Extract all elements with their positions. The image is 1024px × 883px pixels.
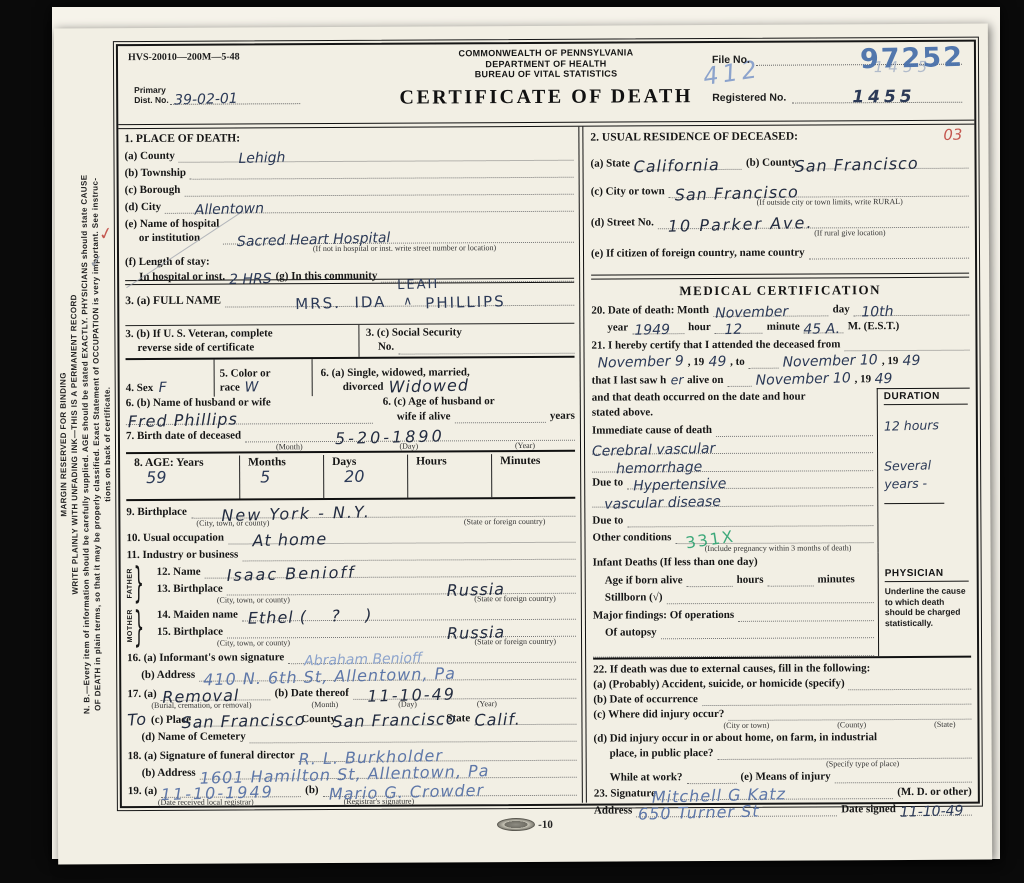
place-county-label: County — [301, 712, 336, 725]
to-annotation: To — [127, 712, 148, 727]
gap-line — [727, 372, 751, 386]
mother-group: MOTHER } 14. Maiden name Ethel ( ? ) 15.… — [127, 602, 576, 647]
attended-from-value: November 9 — [597, 354, 684, 370]
external-c-note1: (City or town) — [723, 720, 769, 729]
cause-of-death-block: and that death occurred on the date and … — [592, 387, 971, 553]
age-hours-header: Hours — [416, 455, 491, 467]
immediate-cause-label: Immediate cause of death — [592, 423, 712, 438]
age-years-cell: 8. AGE: Years 59 — [126, 455, 240, 499]
dod-year-label: year — [607, 320, 628, 334]
birthplace-value: New York - N.Y. — [221, 505, 371, 523]
father-name-line: Isaac Benioff — [205, 562, 576, 578]
binding-margin: MARGIN RESERVED FOR BINDING WRITE PLAINL… — [54, 50, 118, 838]
physician-sig-line: Mitchell G Katz — [660, 785, 893, 800]
attended-to-year: 49 — [902, 354, 920, 368]
age-hours-cell: Hours — [408, 454, 492, 497]
section-residence: 03 2. USUAL RESIDENCE OF DECEASED: (a) S… — [590, 130, 969, 275]
place-value: San Francisco — [181, 712, 305, 729]
residence-city-line: San Francisco — [669, 183, 969, 199]
physician-sig-suffix: (M. D. or other) — [897, 784, 972, 798]
section-place-of-death: 1. PLACE OF DEATH: (a) County Lehigh (b)… — [124, 131, 574, 280]
left-column: 1. PLACE OF DEATH: (a) County Lehigh (b)… — [118, 127, 582, 805]
father-birthplace-line: Russia — [227, 579, 576, 595]
external-d-label1: (d) Did injury occur in or about home, o… — [594, 730, 878, 745]
duration-total-line — [884, 502, 944, 503]
dod-suffix: M. (E.S.T.) — [848, 319, 900, 333]
disposition-place-row: To (c) Place San Francisco County San Fr… — [127, 710, 576, 726]
race-label-line: 5. Color or — [220, 367, 312, 381]
veteran-label-line: reverse side of certificate — [125, 340, 359, 355]
place-state-line: Calif. — [474, 710, 576, 725]
duration-due1-value2: years - — [884, 476, 927, 491]
infant-deaths-block: Infant Deaths (If less than one day) Age… — [593, 552, 972, 657]
race-cell: 5. Color or race W — [214, 359, 313, 397]
attended-line1-line — [844, 336, 969, 351]
medical-certification-title: MEDICAL CERTIFICATION — [591, 282, 969, 300]
external-c-note2: (County) — [837, 720, 866, 729]
borough-line — [184, 181, 573, 197]
physician-address-label: Address — [594, 803, 632, 817]
physician-header: PHYSICIAN — [885, 568, 969, 582]
attended-to-value: November 10 — [783, 353, 878, 369]
registrar-signature: Mario G. Crowder — [328, 783, 484, 801]
physician-note: Underline the cause to which death shoul… — [885, 586, 969, 628]
hospital-value: Sacred Heart Hospital — [237, 231, 391, 249]
section-age-table: 8. AGE: Years 59 Months 5 Days 20 Hours … — [126, 453, 575, 498]
full-name-value2: PHILLIPS — [425, 294, 506, 310]
last-saw-year: 49 — [875, 371, 893, 385]
registered-number-line: 1455 — [792, 90, 962, 104]
residence-county-value: San Francisco — [795, 157, 919, 174]
cause-value-2: hemorrhage — [616, 460, 702, 476]
due-to-1-line2: vascular disease — [592, 492, 873, 507]
section-external-causes: 22. If death was due to external causes,… — [593, 660, 972, 784]
physician-sig-label: 23. Signature — [594, 786, 656, 800]
spouse-row: 6. (b) Name of husband or wife Fred Phil… — [126, 395, 575, 425]
father-fields: 12. Name Isaac Benioff 13. Birthplace Ru… — [157, 559, 576, 604]
length-of-stay-label: (f) Length of stay: — [125, 256, 210, 269]
foreign-citizen-label: (e) If citizen of foreign country, name … — [591, 247, 805, 261]
section-physician-signature: 23. Signature Mitchell G Katz (M. D. or … — [594, 784, 972, 817]
occupation-value: At home — [252, 532, 327, 548]
residence-state-line: California — [634, 156, 742, 171]
date-thereof-label: (b) Date thereof — [275, 686, 349, 699]
due-to-1-value2: vascular disease — [604, 494, 721, 511]
birthdate-note-year: (Year) — [515, 440, 535, 449]
ssn-line — [398, 339, 574, 354]
file-number-stamp: 97252 — [860, 42, 965, 75]
county-label: (a) County — [124, 150, 174, 163]
race-label: race — [220, 381, 240, 394]
mother-side: MOTHER } — [127, 609, 157, 643]
autopsy-line — [661, 624, 874, 639]
last-saw-label: that I last saw h — [592, 373, 667, 387]
ssn-cell: 3. (c) Social Security No. — [359, 324, 575, 357]
duration-column: DURATION 12 hours Several years - — [877, 387, 971, 552]
dod-minute-line: 45 A. — [804, 319, 844, 333]
father-birthplace-label: 13. Birthplace — [157, 582, 223, 595]
photo-background: MARGIN RESERVED FOR BINDING WRITE PLAINL… — [0, 0, 1024, 883]
occupation-line: At home — [228, 528, 576, 544]
registrar-date-label: 19. (a) — [128, 784, 157, 797]
cause-line2: hemorrhage — [592, 457, 873, 472]
age-born-hours-line — [687, 572, 733, 586]
age-minutes-cell: Minutes — [492, 453, 575, 496]
stillborn-label: Stillborn (√) — [605, 590, 663, 604]
disposition-row: 17. (a) Removal (b) Date thereof 11-10-4… — [127, 684, 576, 700]
residence-county-line: San Francisco — [801, 155, 969, 170]
in-hospital-label: In hospital or inst. — [139, 271, 225, 284]
informant-signature-row: 16. (a) Informant's own signature Abraha… — [127, 648, 576, 664]
mother-fields: 14. Maiden name Ethel ( ? ) 15. Birthpla… — [157, 602, 576, 647]
ssn-no-label: No. — [366, 341, 394, 355]
birthdate-line: 5-20-1890 — [245, 426, 575, 442]
cause-value-1: Cerebral vascular — [592, 442, 716, 459]
primary-district-label: Primary Dist. No. — [134, 86, 169, 105]
hospital-label-line: or institution — [125, 231, 219, 245]
full-name-line: MRS. IDA ∧ LEAH PHILLIPS — [225, 292, 574, 308]
city-value: Allentown — [195, 202, 265, 218]
birthplace-label: 9. Birthplace — [126, 505, 187, 518]
file-number-label: File No. — [712, 54, 750, 66]
spouse-line: Fred Phillips — [126, 409, 373, 424]
external-a-label: (a) (Probably) Accident, suicide, or hom… — [593, 676, 844, 691]
external-a-line — [849, 675, 972, 690]
funeral-director-row: 18. (a) Signature of funeral director R.… — [128, 746, 577, 762]
certificate-paper: MARGIN RESERVED FOR BINDING WRITE PLAINL… — [54, 24, 992, 865]
birthdate-label: 7. Birth date of deceased — [126, 429, 241, 443]
mother-birthplace-label: 15. Birthplace — [157, 625, 223, 638]
duration-cause-value: 12 hours — [884, 418, 939, 433]
attended-from-year: 49 — [708, 355, 726, 369]
last-saw-date: November 10 — [755, 371, 850, 387]
means-of-injury-line — [835, 768, 972, 783]
form-header: HVS-20010—200M—5-48 COMMONWEALTH OF PENN… — [118, 42, 974, 124]
age-years-value: 59 — [146, 470, 167, 485]
veteran-label-line: 3. (b) If U. S. Veteran, complete — [125, 327, 359, 342]
external-b-line — [702, 690, 972, 705]
external-c-note3: (State) — [934, 719, 955, 728]
duration-header: DURATION — [884, 390, 968, 404]
dod-month-value: November — [715, 304, 788, 320]
section-veteran-ssn: 3. (b) If U. S. Veteran, complete revers… — [125, 324, 574, 358]
spouse-value: Fred Phillips — [128, 412, 238, 429]
place-state-value: Calif. — [474, 712, 521, 727]
date-thereof-value: 11-10-49 — [367, 687, 456, 703]
blank-line — [593, 642, 874, 657]
registered-number-row: Registered No. 1455 — [712, 90, 962, 104]
informant-address-row: (b) Address 410 N. 6th St, Allentown, Pa — [127, 665, 576, 681]
date-signed-label: Date signed — [841, 802, 896, 816]
mother-birthplace-line: Russia — [227, 622, 576, 638]
spouse-age-label: wife if alive — [383, 410, 451, 423]
major-findings-line — [738, 607, 874, 622]
township-line — [190, 164, 574, 180]
funeral-director-label: 18. (a) Signature of funeral director — [128, 749, 295, 763]
street-line: 10 Parker Ave. — [658, 214, 969, 230]
birthplace-line: New York - N.Y. — [191, 502, 576, 518]
mother-name-label: 14. Maiden name — [157, 608, 238, 621]
residence-state-value: California — [634, 158, 721, 174]
section-full-name: 3. (a) FULL NAME MRS. IDA ∧ LEAH PHILLIP… — [125, 283, 574, 325]
binding-margin-text: MARGIN RESERVED FOR BINDING WRITE PLAINL… — [56, 52, 116, 836]
age-born-minutes-line — [768, 572, 814, 586]
disposition-line: Removal — [161, 686, 271, 701]
city-label: (d) City — [125, 201, 161, 214]
means-of-injury-label: (e) Means of injury — [740, 769, 830, 783]
borough-label: (c) Borough — [125, 184, 181, 197]
autopsy-label: Of autopsy — [605, 625, 657, 639]
external-d-label2: place, in public place? — [610, 746, 714, 761]
disposition-value: Removal — [162, 688, 239, 704]
marital-label: divorced — [321, 381, 384, 394]
sex-label: 4. Sex — [126, 382, 154, 395]
informant-line: Abraham Benioff — [288, 648, 576, 664]
minutes-label: minutes — [818, 572, 855, 586]
cemetery-label: (d) Name of Cemetery — [127, 730, 245, 744]
form-columns: 1. PLACE OF DEATH: (a) County Lehigh (b)… — [118, 125, 978, 805]
alive-on-label: alive on — [687, 372, 723, 386]
spouse-label: 6. (b) Name of husband or wife — [126, 396, 373, 411]
duration-due1-value1: Several — [884, 458, 931, 473]
township-label: (b) Township — [125, 167, 187, 180]
mother-note1: (City, town, or county) — [217, 638, 290, 647]
file-number-line: 1455 97252 — [756, 52, 962, 66]
page-footer: -10 — [58, 816, 992, 834]
page-number: -10 — [538, 818, 553, 830]
dod-hour-line: 12 — [715, 320, 763, 334]
gap-line — [749, 355, 779, 369]
age-days-header: Days — [332, 455, 407, 467]
registrar-date-line: 11-10-1949 — [161, 783, 301, 798]
due-to-1-line: Hypertensive — [627, 474, 873, 489]
primary-district-row: Primary Dist. No. 39-02-01 — [134, 85, 301, 105]
while-at-work-line — [686, 769, 736, 783]
hospital-line: Sacred Heart Hospital — [223, 229, 574, 245]
dod-minute-label: minute — [767, 320, 800, 334]
mother-brace: } — [134, 601, 144, 650]
street-value: 10 Parker Ave. — [668, 216, 814, 234]
cause-main: and that death occurred on the date and … — [592, 388, 878, 554]
pencil-check-mark: ✓ — [88, 252, 104, 273]
age-months-value: 5 — [260, 470, 271, 484]
birthplace-note2: (State or foreign country) — [464, 516, 546, 525]
date-note-year: (Year) — [477, 699, 497, 708]
major-findings-label: Major findings: Of operations — [593, 607, 734, 622]
county-value: Lehigh — [239, 151, 286, 166]
age-months-cell: Months 5 — [240, 455, 324, 498]
place-county-value: San Francisco — [332, 712, 456, 729]
birthdate-note-month: (Month) — [276, 442, 303, 451]
funeral-director-line: R. L. Burkholder — [299, 746, 577, 761]
age-born-label: Age if born alive — [605, 573, 683, 587]
age-months-header: Months — [248, 456, 323, 468]
dod-label: 20. Date of death: Month — [591, 303, 709, 318]
immediate-cause-line — [716, 422, 873, 437]
external-b-label: (b) Date of occurrence — [593, 692, 698, 707]
dod-hour-label: hour — [688, 320, 711, 334]
age-days-value: 20 — [344, 469, 365, 484]
dod-day-value: 10th — [862, 304, 895, 319]
street-note: (If rural give location) — [814, 228, 885, 237]
primary-district-value: 39-02-01 — [175, 92, 239, 108]
external-c-label: (c) Where did injury occur? — [593, 706, 724, 721]
file-number-row: File No. 1455 97252 — [712, 52, 962, 66]
sex-color-marital-row: 4. Sex F 5. Color or race W 6. (a) Singl… — [126, 358, 575, 397]
due-to-2-label: Due to — [592, 513, 623, 527]
date-note-month: (Month) — [312, 699, 339, 708]
registrar-sig-line: Mario G. Crowder — [323, 781, 577, 796]
cause-line1: Cerebral vascular — [592, 439, 873, 454]
residence-state-label: (a) State — [591, 157, 630, 170]
print-19b: , 19 — [882, 354, 899, 368]
primary-label-line: Dist. No. — [134, 95, 169, 105]
spouse-age-label-line: 6. (c) Age of husband or — [383, 395, 575, 410]
certificate-form: HVS-20010—200M—5-48 COMMONWEALTH OF PENN… — [116, 40, 980, 808]
hospital-label-line: (e) Name of hospital — [125, 218, 219, 232]
due-to-1-label: Due to — [592, 475, 623, 489]
spouse-name-cell: 6. (b) Name of husband or wife Fred Phil… — [126, 396, 373, 425]
external-d-line — [717, 744, 971, 759]
dod-month-line: November — [713, 302, 829, 317]
disposition-label: 17. (a) — [127, 687, 156, 700]
ssn-label-line: 3. (c) Social Security — [366, 326, 575, 341]
cemetery-line — [250, 727, 577, 743]
funeral-address-line: 1601 Hamilton St, Allentown, Pa — [200, 763, 577, 779]
section1-heading: 1. PLACE OF DEATH: — [124, 132, 240, 146]
external-d-note: (Specify type of place) — [826, 759, 899, 768]
residence-city-label: (c) City or town — [591, 185, 665, 198]
mother-birthplace-value: Russia — [447, 625, 506, 641]
father-brace: } — [134, 558, 144, 607]
funeral-address-row: (b) Address 1601 Hamilton St, Allentown,… — [128, 763, 577, 779]
right-column: 03 2. USUAL RESIDENCE OF DECEASED: (a) S… — [583, 125, 978, 803]
father-group: FATHER } 12. Name Isaac Benioff 13. Birt… — [127, 559, 576, 604]
due-to-2-line — [627, 512, 873, 527]
registered-number-value: 1455 — [852, 87, 915, 107]
race-value: W — [245, 380, 259, 394]
stillborn-line — [666, 589, 873, 604]
street-label: (d) Street No. — [591, 216, 654, 229]
dod-minute-value: 45 A. — [804, 322, 841, 337]
print-19a: , 19 — [688, 355, 705, 369]
registrar-row: 19. (a) 11-10-1949 (b) Mario G. Crowder — [128, 781, 577, 797]
place-county-line: San Francisco — [340, 711, 442, 726]
dod-day-line: 10th — [854, 301, 970, 316]
attended-line1: 21. I hereby certify that I attended the… — [591, 337, 840, 352]
section2-heading: 2. USUAL RESIDENCE OF DECEASED: — [590, 131, 798, 145]
occupation-label: 10. Usual occupation — [126, 531, 224, 545]
age-days-cell: Days 20 — [324, 454, 408, 497]
stated-above-line: stated above. — [592, 405, 653, 419]
physician-column: PHYSICIAN Underline the cause to which d… — [878, 552, 972, 656]
other-conditions-line: 331X — [675, 529, 873, 544]
age-minutes-header: Minutes — [500, 454, 575, 466]
red-stamp-03: 03 — [943, 127, 962, 141]
informant-label: 16. (a) Informant's own signature — [127, 651, 284, 665]
spouse-age-suffix: years — [550, 409, 575, 422]
print-to: , to — [730, 355, 745, 369]
birthdate-value: 5-20-1890 — [335, 429, 445, 446]
infant-main: Infant Deaths (If less than one day) Age… — [593, 552, 879, 657]
date-thereof-line: 11-10-49 — [353, 684, 576, 699]
sex-value: F — [158, 381, 166, 395]
full-name-value: MRS. IDA — [295, 295, 387, 311]
sex-cell: 4. Sex F — [126, 360, 214, 397]
mother-name-line: Ethel ( ? ) — [242, 605, 576, 621]
father-name-label: 12. Name — [157, 565, 201, 578]
industry-line — [242, 545, 575, 561]
father-note1: (City, town, or county) — [217, 595, 290, 604]
external-heading: 22. If death was due to external causes,… — [593, 661, 870, 676]
spouse-age-line — [455, 408, 546, 422]
dod-year-line: 1949 — [632, 320, 684, 334]
external-c-line — [728, 705, 971, 720]
county-line: Lehigh — [179, 147, 574, 163]
infant-deaths-label: Infant Deaths (If less than one day) — [593, 555, 758, 570]
section-date-of-death: 20. Date of death: Month November day 10… — [591, 301, 969, 334]
dod-day-label: day — [833, 302, 850, 316]
while-at-work-label: While at work? — [610, 770, 683, 784]
city-line: Allentown — [165, 198, 574, 214]
primary-district-line: 39-02-01 — [171, 89, 301, 105]
due-to-1-value: Hypertensive — [633, 477, 726, 493]
place-line: San Francisco — [195, 712, 297, 727]
funeral-address-label: (b) Address — [128, 766, 196, 779]
foreign-citizen-line — [809, 245, 969, 260]
inserted-name: LEAH — [397, 278, 439, 293]
informant-address-label: (b) Address — [127, 668, 195, 681]
registrar-sig-label: (b) — [305, 784, 319, 797]
informant-address-line: 410 N. 6th St, Allentown, Pa — [199, 665, 576, 681]
print-19c: , 19 — [855, 372, 872, 386]
marital-cell: 6. (a) Single, widowed, married, divorce… — [313, 358, 575, 396]
her-value: er — [670, 373, 683, 387]
marital-value: Widowed — [388, 378, 469, 394]
printer-union-emblem — [497, 818, 535, 831]
dod-year-value: 1949 — [634, 323, 670, 338]
date-signed-line: 11-10-49 — [900, 802, 972, 816]
other-conditions-label: Other conditions — [592, 530, 671, 544]
age-years-header: 8. AGE: Years — [134, 456, 239, 469]
residence-city-value: San Francisco — [675, 185, 799, 202]
veteran-cell: 3. (b) If U. S. Veteran, complete revers… — [125, 325, 359, 358]
father-birthplace-value: Russia — [447, 582, 506, 598]
spouse-age-cell: 6. (c) Age of husband or wife if alive y… — [373, 395, 575, 424]
section-personal: 4. Sex F 5. Color or race W 6. (a) Singl… — [126, 358, 575, 452]
registrar-date-value: 11-10-1949 — [161, 785, 274, 802]
in-community-label: (g) In this community — [276, 270, 378, 284]
hospital-label: (e) Name of hospital or institution — [125, 218, 220, 245]
physician-address-line: 650 Turner St — [636, 802, 837, 817]
insert-caret: ∧ — [403, 293, 414, 307]
registered-number-label: Registered No. — [712, 92, 786, 104]
informant-address-value: 410 N. 6th St, Allentown, Pa — [203, 666, 456, 687]
full-name-label: 3. (a) FULL NAME — [125, 295, 221, 309]
dod-hour-value: 12 — [725, 323, 743, 337]
residence-county-label: (b) County — [746, 157, 797, 170]
hours-label: hours — [737, 572, 764, 586]
section-attended: 21. I hereby certify that I attended the… — [591, 336, 969, 387]
father-side: FATHER } — [127, 568, 157, 599]
occurred-line: and that death occurred on the date and … — [592, 389, 806, 404]
